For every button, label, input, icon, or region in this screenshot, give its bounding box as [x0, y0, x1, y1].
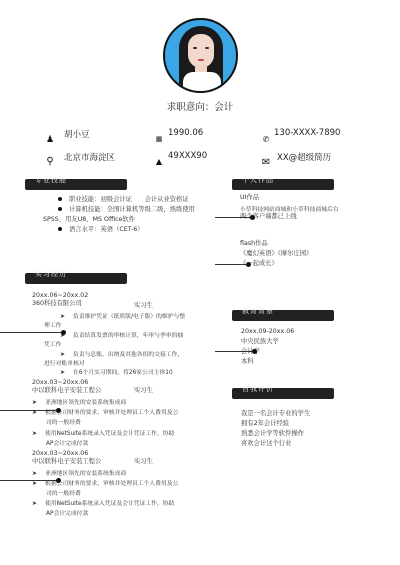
skill-item: 计算机技能：全国计算机等级二级，熟练使用	[58, 206, 195, 215]
skill-item: 语言水平：英语（CET-6）	[58, 226, 144, 235]
qq-penguin-icon: ▲	[153, 157, 165, 166]
name-value: 胡小豆	[64, 128, 90, 140]
section-title: 教育背景	[242, 306, 274, 316]
job-bullet: ➤负责与总账、出纳及其他各组的交接工作，	[60, 349, 183, 358]
job-bullet-wrap: AP会计完成付款	[46, 508, 88, 517]
job-role: 实习生	[134, 458, 153, 467]
section-header-self-eval: 自我评价	[232, 388, 334, 399]
connector-dot	[246, 262, 251, 267]
self-eval-line: 熟悉会计学等软件操作	[241, 430, 304, 439]
job-bullet: ➤使用NetSuite系统录入凭证及会计凭证工作，协助	[32, 428, 174, 437]
edu-degree: 本科	[241, 358, 254, 367]
section-header-portfolio: 个人作品	[232, 179, 334, 190]
connector-dot	[56, 408, 61, 413]
birth-value: 1990.06	[168, 128, 203, 138]
job-company: 中以联科电子安装工程公	[32, 458, 101, 467]
self-eval-line: 喜欢会计这个行业	[241, 440, 291, 449]
job-bullet: ➤在6个月实习期间，将26家公司主体10	[60, 367, 173, 376]
connector-line	[0, 410, 58, 411]
mail-icon: ✉	[260, 157, 272, 168]
portfolio-flash-line: 《魔幻英语》《摩尔庄园》	[240, 250, 312, 259]
portfolio-ui-title: UI作品	[240, 194, 259, 203]
edu-school: 中央民族大学	[241, 338, 279, 347]
job-company: 中以联科电子安装工程公	[32, 387, 101, 396]
phone-value: 130-XXXX-7890	[274, 128, 340, 138]
job-bullet: ➤负责维护凭证（纸质版/电子版）的维护与整	[60, 311, 185, 320]
connector-line	[215, 351, 253, 352]
job-bullet: ➤亚洲地区领先的安装系统集成商	[32, 468, 126, 477]
job-bullet-wrap: 理工作	[44, 320, 61, 329]
section-header-internship: 实习经历	[25, 273, 127, 284]
edu-period: 20xx.09-20xx.06	[241, 328, 294, 337]
connector-dot	[250, 215, 255, 220]
job-role: 实习生	[134, 302, 153, 311]
job-company: 360科技有限公司	[32, 300, 82, 309]
qq-value: 49XXX90	[168, 151, 207, 161]
section-header-education: 教育背景	[232, 310, 334, 321]
phone-icon: ✆	[260, 135, 272, 144]
job-bullet-wrap: 司的一般经费	[46, 417, 81, 426]
job-bullet-wrap: 司的一般经费	[46, 488, 81, 497]
profile-photo	[163, 18, 238, 93]
person-icon: ♟	[44, 135, 56, 145]
job-bullet: ➤亚洲地区领先的安装系统集成商	[32, 397, 126, 406]
job-bullet-wrap: AP会计完成付款	[46, 438, 88, 447]
section-title: 个人作品	[242, 175, 274, 185]
job-bullet-wrap: 凭工作	[44, 339, 61, 348]
job-bullet: ➤根据公司财务的要求，审核并处理员工个人费用及公	[32, 407, 178, 416]
edu-major: 会计学	[241, 348, 260, 357]
skill-item-wrap: SPSS、用友U8、MS Office软件	[43, 216, 135, 225]
job-bullet-wrap: 进行对账单核对	[44, 358, 85, 367]
address-value: 北京市海淀区	[64, 151, 115, 163]
connector-dot	[56, 478, 61, 483]
job-objective: 求职意向：会计	[0, 99, 400, 113]
job-role: 实习生	[134, 387, 153, 396]
self-eval-line: 我是一名会计专业的学生	[241, 410, 310, 419]
job-bullet: ➤使用NetSuite系统录入凭证及会计凭证工作，协助	[32, 498, 174, 507]
portfolio-flash-title: flash作品	[240, 240, 268, 249]
connector-line	[0, 332, 62, 333]
self-eval-line: 拥有2年会计经验	[241, 420, 289, 429]
connector-line	[0, 480, 58, 481]
section-title: 实习经历	[35, 269, 67, 279]
location-pin-icon: ⚲	[44, 156, 56, 167]
job-bullet: ➤负责结算发票的审核计算，年审与季审的抽	[60, 330, 183, 339]
section-header-skills: 专业技能	[25, 179, 127, 190]
section-title: 自我评价	[242, 384, 274, 394]
calendar-icon: ▦	[153, 135, 165, 143]
connector-dot	[252, 349, 257, 354]
portfolio-ui-line: 小草科技网站商城和小草科技商城后台	[240, 204, 339, 213]
connector-dot	[61, 330, 66, 335]
email-value: XX@超级简历	[277, 151, 331, 163]
skill-item: 职业技能：初级会计证 会计从业资格证	[58, 196, 189, 205]
connector-line	[215, 264, 248, 265]
section-title: 专业技能	[35, 175, 67, 185]
connector-line	[215, 217, 251, 218]
